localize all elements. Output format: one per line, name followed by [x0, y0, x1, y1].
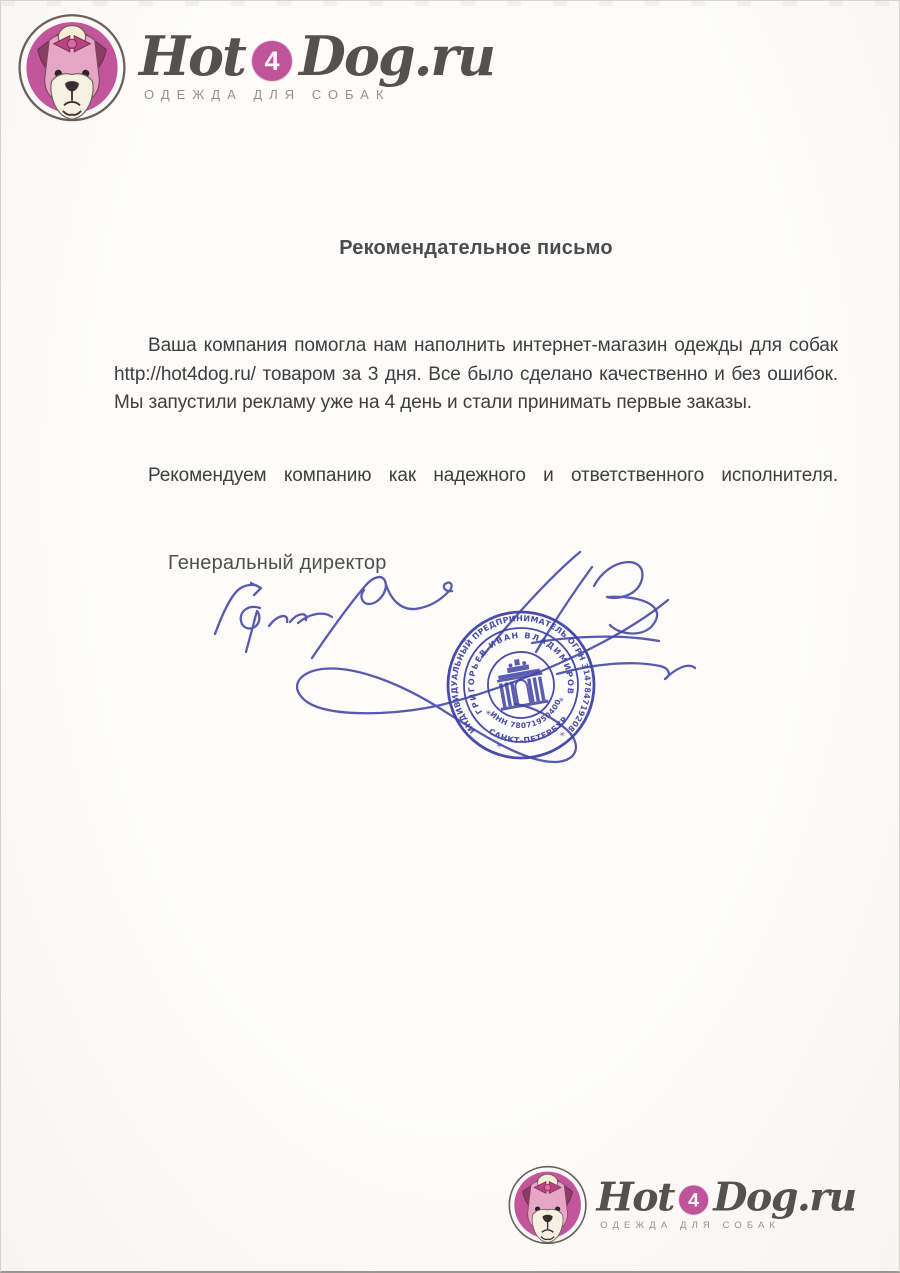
logo-4-badge: 4	[679, 1185, 708, 1214]
letter-paragraph-1: Ваша компания помогла нам наполнить инте…	[114, 332, 838, 418]
letter-paragraph-2: Рекомендуем компанию как надежного и отв…	[114, 462, 838, 491]
scan-artifact-strip	[1, 1, 899, 6]
scanned-letter-page: Hot 4 Dog.ru ОДЕЖДА ДЛЯ СОБАК Рекомендат…	[0, 0, 900, 1273]
logo-word-dog-ru: Dog.ru	[299, 29, 494, 83]
logo-number: 4	[264, 46, 279, 77]
dog-face-icon	[506, 1165, 589, 1248]
letter-title: Рекомендательное письмо	[114, 237, 838, 260]
logo-wordmark: Hot 4 Dog.ru ОДЕЖДА ДЛЯ СОБАК	[597, 1177, 856, 1230]
hot4dog-logo-bottom: Hot 4 Dog.ru ОДЕЖДА ДЛЯ СОБАК	[506, 1165, 856, 1248]
dog-face-icon	[15, 13, 129, 127]
logo-word-dog-ru: Dog.ru	[713, 1177, 855, 1216]
logo-4-badge: 4	[252, 41, 292, 81]
logo-word-hot: Hot	[139, 29, 245, 83]
logo-number: 4	[688, 1189, 699, 1212]
director-signature	[191, 541, 711, 791]
logo-wordmark: Hot 4 Dog.ru ОДЕЖДА ДЛЯ СОБАК	[139, 29, 494, 102]
logo-tagline: ОДЕЖДА ДЛЯ СОБАК	[139, 87, 494, 102]
hot4dog-logo-top: Hot 4 Dog.ru ОДЕЖДА ДЛЯ СОБАК	[15, 13, 494, 127]
logo-word-hot: Hot	[597, 1177, 674, 1216]
logo-tagline: ОДЕЖДА ДЛЯ СОБАК	[597, 1219, 856, 1230]
